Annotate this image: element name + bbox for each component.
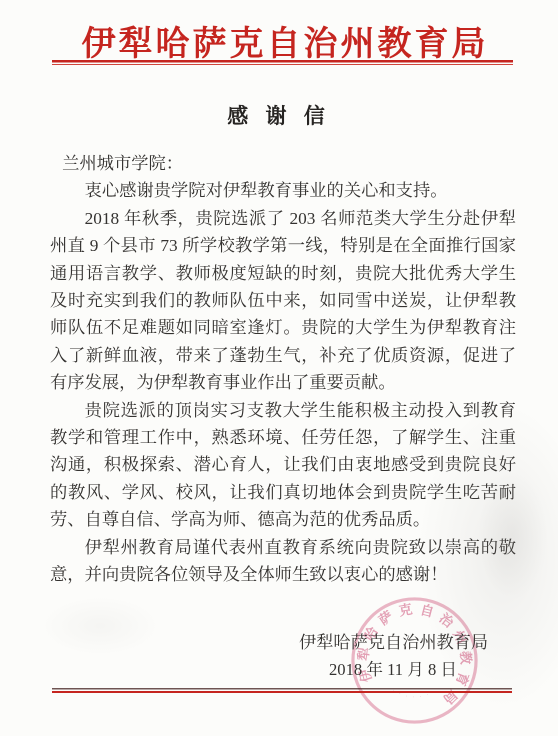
salutation: 兰州城市学院： bbox=[50, 150, 516, 177]
letter-title: 感 谢 信 bbox=[0, 100, 558, 130]
paragraph-dispatch: 2018 年秋季，贵院选派了 203 名师范类大学生分赴伊犁州直 9 个县市 7… bbox=[50, 205, 516, 397]
signature-block: 伊犁哈萨克自治州教育局 2018 年 11 月 8 日 bbox=[299, 629, 487, 683]
paragraph-closing: 伊犁州教育局谨代表州直教育系统向贵院致以崇高的敬意，并向贵院各位领导及全体师生致… bbox=[50, 534, 516, 589]
letter-page: 伊犁哈萨克自治州教育局 感 谢 信 兰州城市学院： 衷心感谢贵学院对伊犁教育事业… bbox=[0, 0, 558, 736]
scan-noise bbox=[40, 596, 160, 656]
letterhead-org-name: 伊犁哈萨克自治州教育局 bbox=[6, 16, 558, 65]
footer-rule bbox=[52, 688, 512, 694]
signature-date: 2018 年 11 月 8 日 bbox=[299, 656, 487, 683]
signature-org: 伊犁哈萨克自治州教育局 bbox=[299, 629, 487, 656]
paragraph-praise: 贵院选派的顶岗实习支教大学生能积极主动投入到教育教学和管理工作中，熟悉环境、任劳… bbox=[50, 397, 516, 534]
letterhead-rule bbox=[52, 60, 513, 66]
paragraph-thanks: 衷心感谢贵学院对伊犁教育事业的关心和支持。 bbox=[50, 177, 516, 204]
letter-body: 兰州城市学院： 衷心感谢贵学院对伊犁教育事业的关心和支持。 2018 年秋季，贵… bbox=[50, 150, 516, 589]
